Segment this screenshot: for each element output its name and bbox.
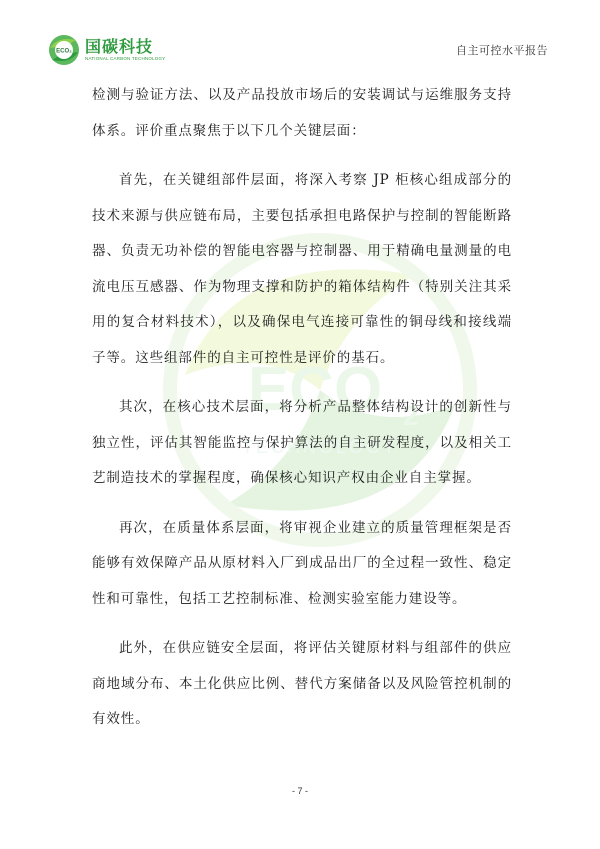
paragraph-key-components: 首先，在关键组部件层面，将深入考察 JP 柜核心组成部分的技术来源与供应链布局，… <box>92 163 512 376</box>
paragraph-quality-system: 再次，在质量体系层面，将审视企业建立的质量管理框架是否能够有效保障产品从原材料入… <box>92 511 512 618</box>
page-header: ECO₂ 国碳科技 NATIONAL CARBON TECHNOLOGY 自主可… <box>48 30 552 70</box>
paragraph-intro-continuation: 检测与验证方法、以及产品投放市场后的安装调试与运维服务支持体系。评价重点聚焦于以… <box>92 78 512 149</box>
document-body: 检测与验证方法、以及产品投放市场后的安装调试与运维服务支持体系。评价重点聚焦于以… <box>92 78 512 752</box>
page-number: - 7 - <box>0 786 600 796</box>
paragraph-supply-chain-security: 此外，在供应链安全层面，将评估关键原材料与组部件的供应商地域分布、本土化供应比例… <box>92 631 512 738</box>
company-logo: ECO₂ 国碳科技 NATIONAL CARBON TECHNOLOGY <box>48 34 165 66</box>
paragraph-core-technology: 其次，在核心技术层面，将分析产品整体结构设计的创新性与独立性，评估其智能监控与保… <box>92 390 512 497</box>
report-title: 自主可控水平报告 <box>456 42 548 58</box>
eco2-leaf-icon: ECO₂ <box>48 34 80 66</box>
logo-english-name: NATIONAL CARBON TECHNOLOGY <box>85 56 165 62</box>
logo-chinese-name: 国碳科技 <box>85 38 165 56</box>
svg-text:ECO₂: ECO₂ <box>56 49 72 55</box>
